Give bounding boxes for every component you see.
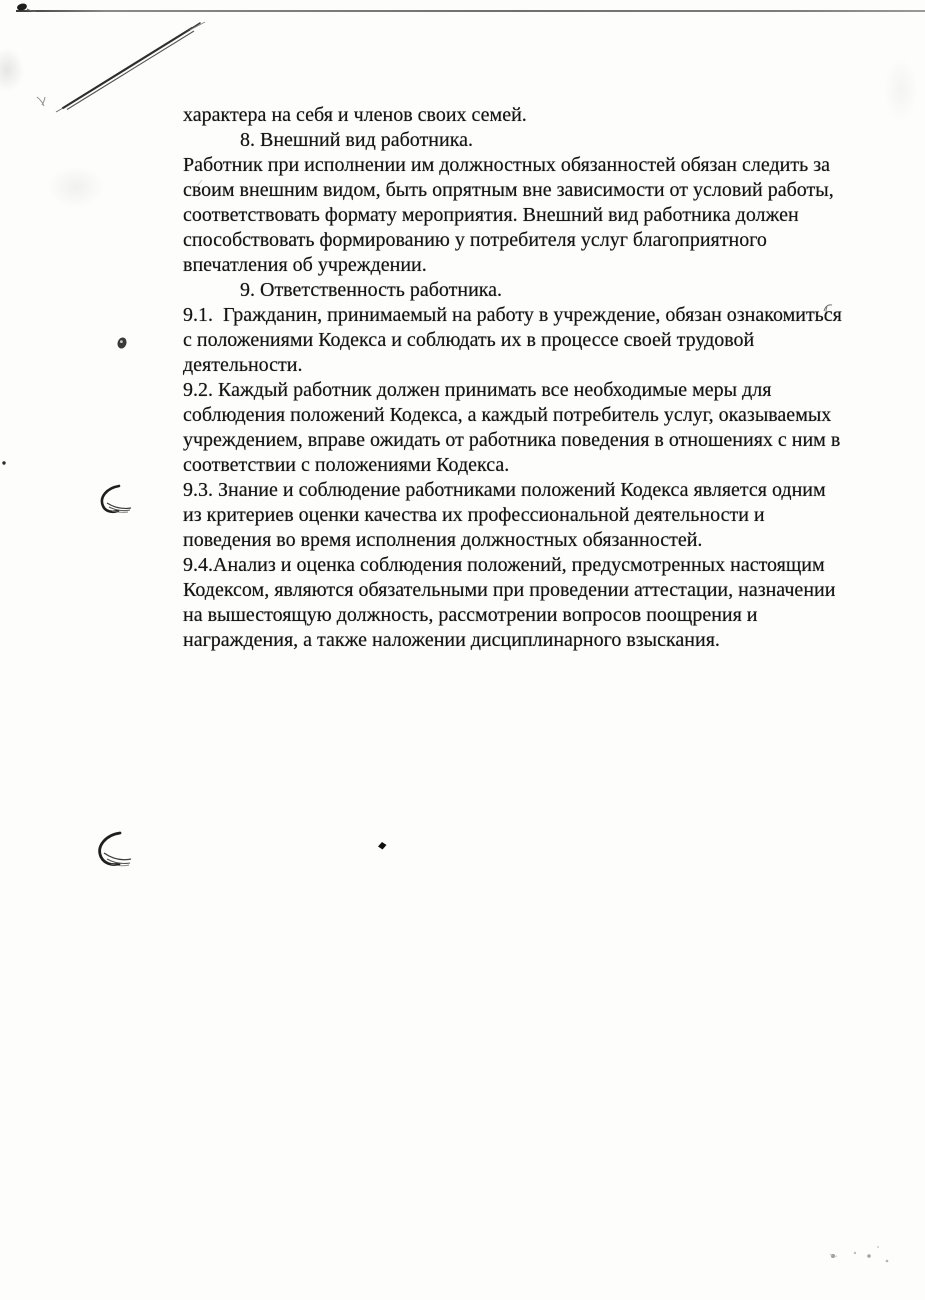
text-line: поведения во время исполнения должностны… (183, 528, 913, 553)
text-line: 9.4.Анализ и оценка соблюдения положений… (183, 553, 913, 578)
ink-swirl-upper (102, 486, 131, 512)
scan-smudge (0, 48, 24, 92)
text-line: с положениями Кодекса и соблюдать их в п… (183, 328, 913, 353)
top-edge-rule (16, 10, 925, 12)
section-heading-9: 9. Ответственность работника. (183, 278, 913, 303)
text-line: Работник при исполнении им должностных о… (183, 153, 913, 178)
text-line: из критериев оценки качества их професси… (183, 503, 913, 528)
text-line: впечатления об учреждении. (183, 253, 913, 278)
diagonal-pen-stroke (56, 22, 205, 112)
text-line: учреждением, вправе ожидать от работника… (183, 428, 913, 453)
small-check-mark (37, 97, 45, 106)
bottom-right-speck-cluster (830, 1246, 888, 1262)
ink-diamond-dot (378, 842, 387, 850)
section-heading-8: 8. Внешний вид работника. (183, 128, 913, 153)
left-edge-ink-dot (2, 461, 5, 464)
text-line: 9.1. Гражданин, принимаемый на работу в … (183, 303, 913, 328)
text-line: на вышестоящую должность, рассмотрении в… (183, 603, 913, 628)
text-line: способствовать формированию у потребител… (183, 228, 913, 253)
text-line: характера на себя и членов своих семей. (183, 103, 913, 128)
text-line: 9.2. Каждый работник должен принимать вс… (183, 378, 913, 403)
document-text: характера на себя и членов своих семей. … (183, 103, 913, 653)
text-line: соответствовать формату мероприятия. Вне… (183, 203, 913, 228)
scanned-page: характера на себя и членов своих семей. … (0, 0, 925, 1300)
text-line: Кодексом, являются обязательными при про… (183, 578, 913, 603)
text-line: своим внешним видом, быть опрятным вне з… (183, 178, 913, 203)
text-line: награждения, а также наложении дисциплин… (183, 628, 913, 653)
text-line: соответствии с положениями Кодекса. (183, 453, 913, 478)
text-line: деятельности. (183, 353, 913, 378)
left-margin-ink-blob (116, 336, 128, 349)
text-line: 9.3. Знание и соблюдение работниками пол… (183, 478, 913, 503)
text-line: соблюдения положений Кодекса, а каждый п… (183, 403, 913, 428)
scan-smudge (48, 166, 104, 208)
